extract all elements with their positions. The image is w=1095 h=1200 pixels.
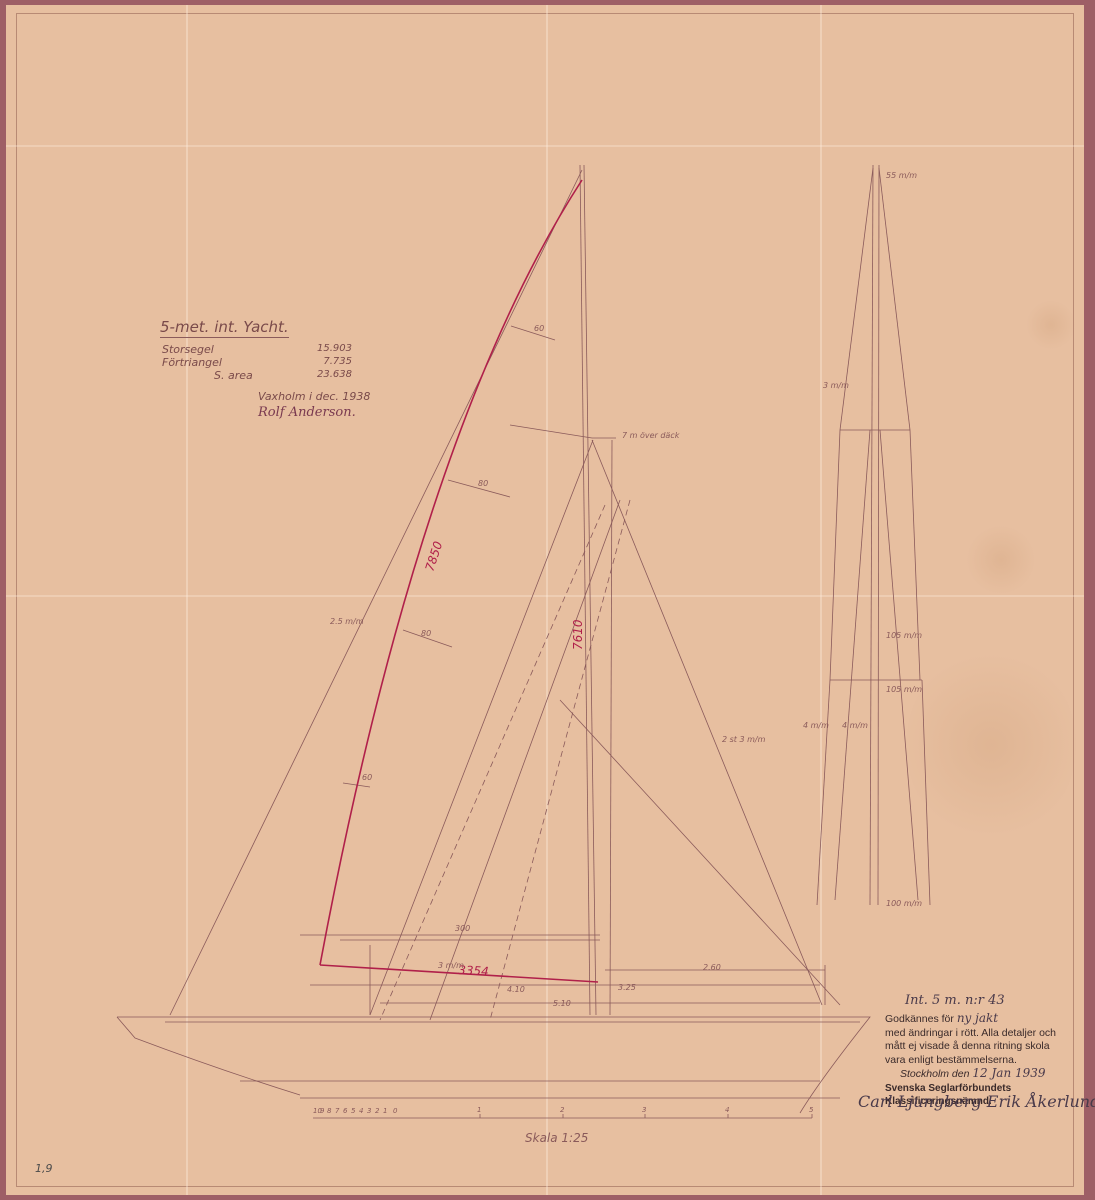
hull-sheer	[117, 1017, 870, 1113]
svg-text:2.60: 2.60	[703, 963, 721, 972]
svg-text:4: 4	[359, 1107, 363, 1115]
svg-text:3 m/m: 3 m/m	[823, 381, 849, 390]
hull-keel-line	[117, 1017, 300, 1095]
svg-text:3.25: 3.25	[618, 983, 636, 992]
approval-signatures: Carl Ljungberg Erik Åkerlund	[858, 1092, 1095, 1111]
svg-text:55 m/m: 55 m/m	[886, 171, 917, 180]
svg-text:100 m/m: 100 m/m	[886, 899, 922, 908]
svg-text:4: 4	[725, 1106, 729, 1114]
svg-text:2: 2	[375, 1107, 380, 1115]
svg-text:2: 2	[560, 1106, 565, 1114]
scale-label: Skala 1:25	[525, 1131, 588, 1145]
mast-section	[870, 165, 873, 905]
svg-text:105 m/m: 105 m/m	[886, 631, 922, 640]
svg-text:80: 80	[478, 479, 488, 488]
svg-text:0: 0	[393, 1107, 398, 1115]
svg-text:5.10: 5.10	[553, 999, 571, 1008]
svg-text:6: 6	[343, 1107, 348, 1115]
svg-text:1: 1	[477, 1106, 481, 1114]
svg-text:60: 60	[362, 773, 372, 782]
svg-text:1: 1	[383, 1107, 387, 1115]
svg-text:8: 8	[327, 1107, 332, 1115]
backstay	[592, 440, 822, 1005]
svg-text:4.10: 4.10	[507, 985, 525, 994]
handwritten-ref: Int. 5 m. n:r 43	[905, 993, 1005, 1008]
forestay	[170, 170, 582, 1015]
sail-area-table: Storsegel15.903 Förtriangel7.735 S. area…	[162, 343, 352, 382]
svg-text:105 m/m: 105 m/m	[886, 685, 922, 694]
svg-text:4 m/m: 4 m/m	[842, 721, 868, 730]
main-luff-red	[320, 180, 582, 965]
luff-dimension: 7850	[423, 539, 446, 573]
svg-text:9: 9	[320, 1107, 325, 1115]
mast	[580, 165, 590, 1015]
margin-note: 1,9	[35, 1162, 53, 1175]
area-row-storsegel: Storsegel15.903	[162, 343, 352, 356]
place-date: Vaxholm i dec. 1938	[258, 390, 370, 403]
svg-text:5: 5	[809, 1106, 814, 1114]
drawing-title: 5-met. int. Yacht.	[160, 318, 289, 338]
svg-text:3: 3	[642, 1106, 646, 1114]
svg-text:2 st 3 m/m: 2 st 3 m/m	[722, 735, 766, 744]
svg-text:7: 7	[335, 1107, 340, 1115]
svg-text:2.5 m/m: 2.5 m/m	[330, 617, 364, 626]
forestay-dimension: 7610	[571, 619, 585, 650]
svg-text:300: 300	[455, 924, 470, 933]
area-row-total: S. area23.638	[162, 369, 352, 382]
svg-text:3: 3	[367, 1107, 371, 1115]
designer-signature: Rolf Anderson.	[258, 405, 356, 420]
svg-text:3 m/m: 3 m/m	[438, 961, 464, 970]
area-row-fortriangel: Förtriangel7.735	[162, 356, 352, 369]
svg-text:80: 80	[421, 629, 431, 638]
svg-text:7 m över däck: 7 m över däck	[622, 431, 680, 440]
svg-text:4 m/m: 4 m/m	[803, 721, 829, 730]
svg-text:60: 60	[534, 324, 544, 333]
svg-text:5: 5	[351, 1107, 356, 1115]
